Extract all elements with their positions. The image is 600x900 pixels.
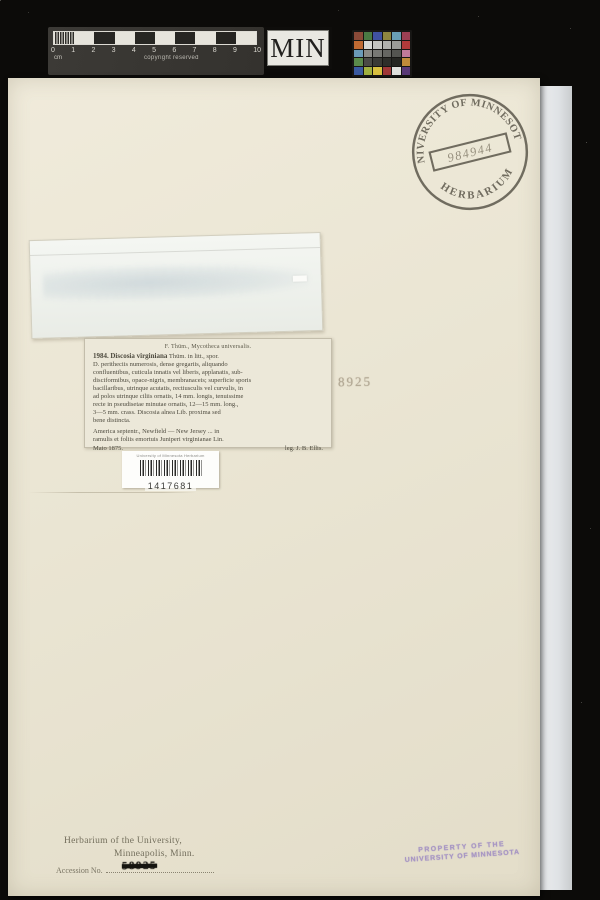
scale-bar-segment bbox=[216, 32, 236, 44]
label-text-line: disciformibus, opace-nigris, membranacei… bbox=[93, 377, 323, 385]
ruler-copyright-text: copyright reserved bbox=[144, 55, 199, 61]
color-patch bbox=[364, 41, 373, 49]
packet-fragment bbox=[293, 275, 307, 281]
label-text-line: recte in pseudisetae minutae ornatis, 12… bbox=[93, 401, 323, 409]
ruler-tick: 9 bbox=[233, 47, 237, 54]
color-patch bbox=[364, 50, 373, 58]
label-locality-line: America septentr., Newfield — New Jersey… bbox=[93, 428, 323, 436]
ruler-meta: cm copyright reserved bbox=[53, 55, 259, 61]
barcode-number: 1417681 bbox=[145, 481, 197, 491]
color-patch bbox=[402, 58, 411, 66]
color-patch bbox=[373, 32, 382, 40]
photo-stage: 012345678910 cm copyright reserved MIN U… bbox=[0, 0, 600, 900]
color-patch bbox=[392, 50, 401, 58]
color-patch bbox=[364, 58, 373, 66]
color-patch bbox=[354, 41, 363, 49]
color-patch bbox=[373, 50, 382, 58]
exsiccati-label: F. Thüm., Mycotheca universalis. 1984. D… bbox=[84, 338, 332, 448]
label-text-line: ad polos utrinque ciliis ornatis, 14 mm.… bbox=[93, 393, 323, 401]
scale-bar-segment bbox=[94, 32, 114, 44]
color-patch bbox=[402, 32, 411, 40]
backing-sheet-edge bbox=[539, 86, 572, 890]
specimen-shadow bbox=[42, 261, 310, 302]
accession-number-struck: 58925 bbox=[122, 860, 157, 873]
scale-bar-segment bbox=[74, 32, 94, 44]
scale-bar-segment bbox=[195, 32, 215, 44]
stamp-arc-bottom-text: HERBARIUM bbox=[436, 163, 520, 210]
label-text-line: D. peritheciis numerosis, dense gregarii… bbox=[93, 361, 323, 369]
color-patch bbox=[392, 41, 401, 49]
label-text-line: 3—5 mm. crass. Discosia alnea Lib. proxi… bbox=[93, 409, 323, 417]
color-patch bbox=[383, 50, 392, 58]
herbarium-code-text: MIN bbox=[270, 33, 326, 64]
color-calibration-chart bbox=[352, 30, 412, 77]
scale-bar: 012345678910 cm copyright reserved bbox=[48, 27, 264, 75]
color-patch bbox=[383, 32, 392, 40]
color-patch bbox=[364, 32, 373, 40]
label-body: D. peritheciis numerosis, dense gregarii… bbox=[93, 361, 323, 425]
sheet-footer-city: Minneapolis, Minn. bbox=[114, 849, 195, 859]
color-patch bbox=[402, 41, 411, 49]
color-patch bbox=[383, 41, 392, 49]
label-species-line: 1984. Discosia virginiana Thüm. in litt.… bbox=[93, 352, 323, 361]
ruler-tick: 5 bbox=[152, 47, 156, 54]
color-patch bbox=[354, 50, 363, 58]
sheet-crease-line bbox=[28, 492, 196, 493]
accession-row: Accession No. 58925 bbox=[56, 866, 214, 875]
label-text-line: bacillaribus, utrinque acutatis, rectius… bbox=[93, 385, 323, 393]
specimen-packet bbox=[29, 232, 324, 339]
color-patch bbox=[354, 58, 363, 66]
ruler-tick: 3 bbox=[112, 47, 116, 54]
color-patch bbox=[373, 67, 382, 75]
ruler-tick: 2 bbox=[91, 47, 95, 54]
sheet-footer-institution: Herbarium of the University, bbox=[64, 836, 182, 846]
ruler-tick: 6 bbox=[172, 47, 176, 54]
scale-bar-segment bbox=[175, 32, 195, 44]
accession-label: Accession No. bbox=[56, 866, 103, 875]
color-patch bbox=[383, 67, 392, 75]
ruler-tick: 1 bbox=[71, 47, 75, 54]
barcode-label: University of Minnesota Herbarium 141768… bbox=[122, 451, 219, 488]
color-patch bbox=[354, 32, 363, 40]
label-series-title: F. Thüm., Mycotheca universalis. bbox=[93, 343, 323, 351]
label-text-line: confluentibus, cuticula innatis vel libe… bbox=[93, 369, 323, 377]
ruler-tick: 0 bbox=[51, 47, 55, 54]
color-patch bbox=[373, 58, 382, 66]
scale-bar-segment bbox=[115, 32, 135, 44]
scale-bar-segment bbox=[236, 32, 256, 44]
scale-bar-mm-segment bbox=[54, 32, 74, 44]
label-number: 1984. bbox=[93, 352, 109, 360]
university-accession-stamp: UNIVERSITY OF MINNESOTA HERBARIUM 984944 bbox=[395, 77, 545, 227]
label-locality-line: ramulis et foliis emortuis Juniperi virg… bbox=[93, 436, 323, 444]
color-patch bbox=[392, 58, 401, 66]
color-patch bbox=[354, 67, 363, 75]
herbarium-sheet: UNIVERSITY OF MINNESOTA HERBARIUM 984944… bbox=[8, 78, 540, 896]
barcode-icon bbox=[140, 460, 202, 476]
label-authority: Thüm. in litt., spor. bbox=[169, 353, 219, 360]
scale-bar-segment bbox=[135, 32, 155, 44]
scale-bar-segments bbox=[53, 31, 257, 45]
faint-stamped-number: 8925 bbox=[338, 374, 372, 391]
ruler-unit-label: cm bbox=[54, 55, 62, 61]
label-text-line: bene distincta. bbox=[93, 417, 323, 425]
color-patch bbox=[402, 50, 411, 58]
ruler-tick: 10 bbox=[253, 47, 261, 54]
ruler-tick: 7 bbox=[193, 47, 197, 54]
packet-fold-line bbox=[30, 247, 320, 256]
color-patch bbox=[392, 32, 401, 40]
color-patch bbox=[383, 58, 392, 66]
dust-speckles bbox=[0, 0, 1, 1]
color-patch bbox=[373, 41, 382, 49]
label-species-name: Discosia virginiana bbox=[110, 352, 167, 360]
label-date: Maio 1875. bbox=[93, 445, 123, 453]
label-collector: leg. J. B. Ellis. bbox=[285, 445, 323, 453]
herbarium-code-card: MIN bbox=[264, 27, 332, 69]
barcode-institution-text: University of Minnesota Herbarium bbox=[122, 453, 219, 458]
ruler-tick: 8 bbox=[213, 47, 217, 54]
color-patch bbox=[364, 67, 373, 75]
color-patch bbox=[392, 67, 401, 75]
color-patch bbox=[402, 67, 411, 75]
ruler-tick: 4 bbox=[132, 47, 136, 54]
ruler-ticks: 012345678910 bbox=[51, 47, 261, 54]
scale-bar-segment bbox=[155, 32, 175, 44]
property-stamp: PROPERTY OF THE UNIVERSITY OF MINNESOTA bbox=[398, 840, 527, 865]
